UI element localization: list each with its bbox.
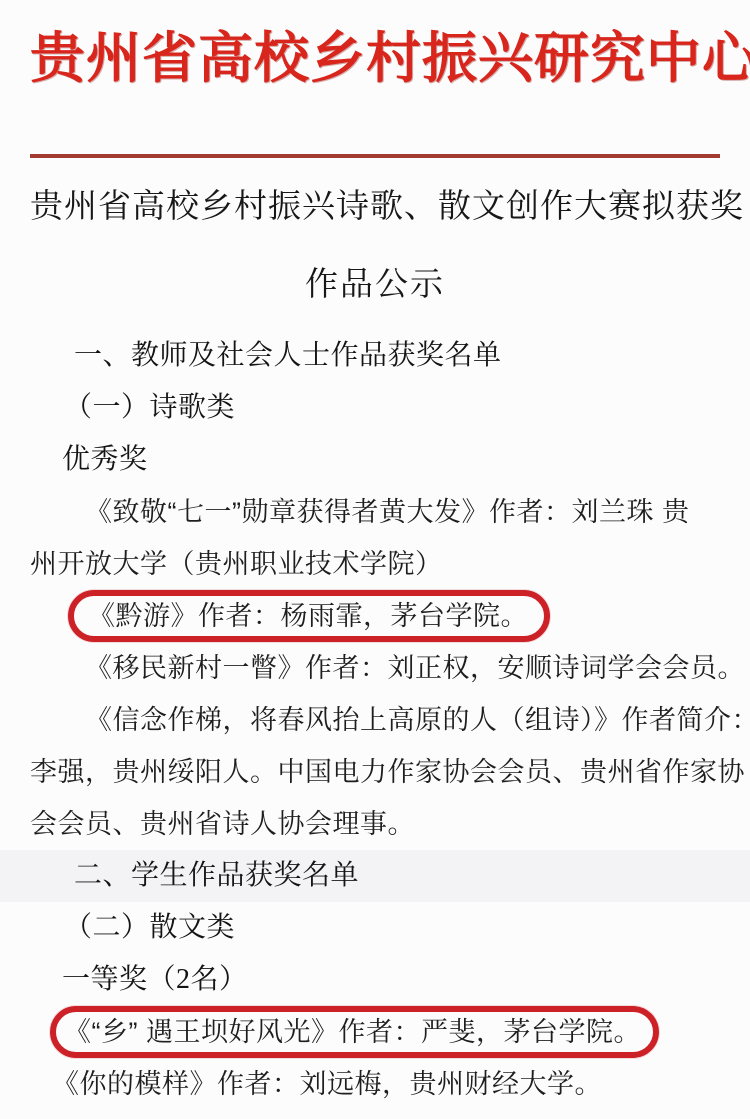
highlight-circle-2: 《“乡” 遇王坝好风光》作者：严斐，茅台学院。 xyxy=(50,1006,659,1058)
award-level-excellence: 优秀奖 xyxy=(30,434,720,486)
document-title: 贵州省高校乡村振兴诗歌、散文创作大赛拟获奖 作品公示 xyxy=(30,186,720,304)
entry-xiangyuwangba-row: 《“乡” 遇王坝好风光》作者：严斐，茅台学院。 xyxy=(30,1006,720,1058)
entry-nidemuyang: 《你的模样》作者：刘远梅，贵州财经大学。 xyxy=(30,1058,720,1110)
highlight-circle-1: 《黔游》作者：杨雨霏，茅台学院。 xyxy=(68,590,550,642)
entry-xinnianzuoti-line3: 会会员、贵州省诗人协会理事。 xyxy=(30,798,720,850)
section-heading-students: 二、学生作品获奖名单 xyxy=(0,850,750,902)
document-title-line2: 作品公示 xyxy=(30,264,720,304)
entry-huangdafa-line1: 《致敬“七一”勋章获得者黄大发》作者：刘兰珠 贵 xyxy=(30,486,720,538)
entry-qianyou-text: 《黔游》作者：杨雨霏，茅台学院。 xyxy=(88,601,528,631)
subsection-heading-poetry: （一）诗歌类 xyxy=(30,382,720,434)
entry-huangdafa-line2: 州开放大学（贵州职业技术学院） xyxy=(30,538,720,590)
document-body: 一、教师及社会人士作品获奖名单 （一）诗歌类 优秀奖 《致敬“七一”勋章获得者黄… xyxy=(30,330,720,1110)
entry-xinnianzuoti-line1: 《信念作梯，将春风抬上高原的人（组诗）》作者简介： xyxy=(30,694,720,746)
letterhead-divider xyxy=(30,154,720,158)
document-title-line1: 贵州省高校乡村振兴诗歌、散文创作大赛拟获奖 xyxy=(30,186,720,226)
award-level-first-prize: 一等奖（2名） xyxy=(30,954,720,1006)
document-page: 贵州省高校乡村振兴研究中心 贵州省高校乡村振兴诗歌、散文创作大赛拟获奖 作品公示… xyxy=(0,0,750,1119)
entry-xinnianzuoti-line2: 李强，贵州绥阳人。中国电力作家协会会员、贵州省作家协 xyxy=(30,746,720,798)
section-heading-teachers: 一、教师及社会人士作品获奖名单 xyxy=(30,330,720,382)
entry-qianyou-row: 《黔游》作者：杨雨霏，茅台学院。 xyxy=(30,590,720,642)
subsection-heading-prose: （二）散文类 xyxy=(30,902,720,954)
entry-xiangyuwangba-text: 《“乡” 遇王坝好风光》作者：严斐，茅台学院。 xyxy=(64,1017,641,1047)
entry-yiminxincun: 《移民新村一瞥》作者：刘正权，安顺诗词学会会员。 xyxy=(30,642,720,694)
letterhead-org-title: 贵州省高校乡村振兴研究中心 xyxy=(30,22,720,96)
